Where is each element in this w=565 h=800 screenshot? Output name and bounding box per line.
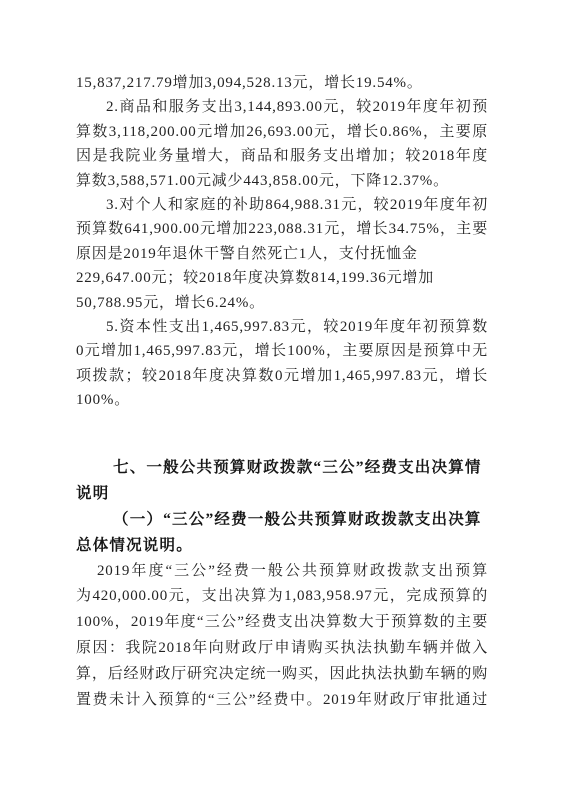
text-line: 原因：我院2018年向财政厅申请购买执法执勤车辆并做入预 — [76, 636, 488, 662]
text-line: 项拨款；较2018年度决算数0元增加1,465,997.83元，增长 — [76, 364, 488, 388]
text-line: 229,647.00元；较2018年度决算数814,199.36元增加 — [76, 266, 488, 290]
subsection-heading-line: （一）“三公”经费一般公共预算财政拨款支出决算 — [76, 507, 488, 533]
section-heading-line: 七、一般公共预算财政拨款“三公”经费支出决算情况 — [76, 455, 488, 481]
text-line: 预算数641,900.00元增加223,088.31元，增长34.75%，主要 — [76, 217, 488, 241]
text-line: 因是我院业务量增大，商品和服务支出增加；较2018年度决 — [76, 144, 488, 168]
subsection-heading-line: 总体情况说明。 — [76, 533, 488, 559]
text-line: 100%，2019年度“三公”经费支出决算数大于预算数的主要 — [76, 610, 488, 636]
text-block: 15,837,217.79增加3,094,528.13元，增长19.54%。 2… — [76, 71, 488, 713]
text-line: 算，后经财政厅研究决定统一购买，因此执法执勤车辆的购 — [76, 662, 488, 688]
text-line: 50,788.95元，增长6.24%。 — [76, 291, 488, 315]
document-page: 15,837,217.79增加3,094,528.13元，增长19.54%。 2… — [0, 0, 565, 800]
text-line: 5.资本性支出1,465,997.83元，较2019年度年初预算数 — [76, 315, 488, 339]
text-line: 算数3,118,200.00元增加26,693.00元，增长0.86%，主要原 — [76, 120, 488, 144]
text-line: 2.商品和服务支出3,144,893.00元，较2019年度年初预 — [76, 95, 488, 119]
text-line: 算数3,588,571.00元减少443,858.00元，下降12.37%。 — [76, 169, 488, 193]
text-line: 15,837,217.79增加3,094,528.13元，增长19.54%。 — [76, 71, 488, 95]
text-line: 0元增加1,465,997.83元，增长100%，主要原因是预算中无该 — [76, 339, 488, 363]
section-heading-line: 说明 — [76, 481, 488, 507]
text-line: 3.对个人和家庭的补助864,988.31元，较2019年度年初 — [76, 193, 488, 217]
text-line: 100%。 — [76, 388, 488, 412]
text-line: 原因是2019年退休干警自然死亡1人，支付抚恤金 — [76, 242, 488, 266]
text-line: 置费未计入预算的“三公”经费中。2019年财政厅审批通过 — [76, 688, 488, 714]
text-line: 为420,000.00元，支出决算为1,083,958.97元，完成预算的 — [76, 584, 488, 610]
text-line: 2019年度“三公”经费一般公共预算财政拨款支出预算 — [76, 559, 488, 585]
